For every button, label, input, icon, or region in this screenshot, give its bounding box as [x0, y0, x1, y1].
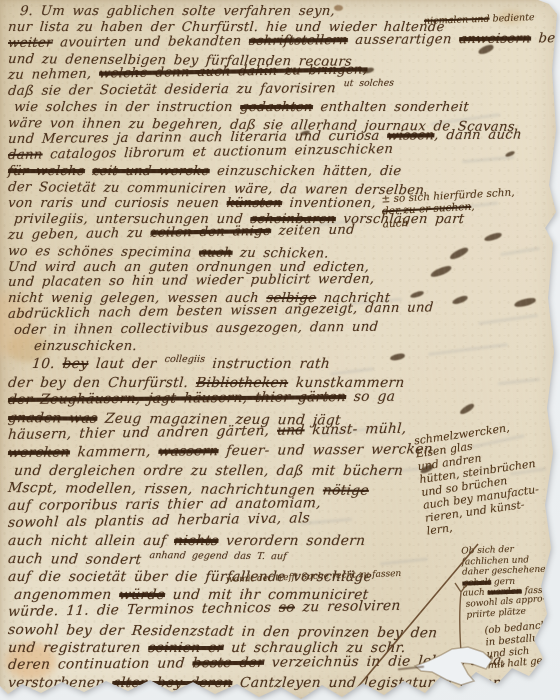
manuscript-line: würde. 11. die Terminos technicos so zu … — [7, 596, 531, 622]
text-segment: ausserartigen — [347, 32, 460, 48]
text-segment: beste der — [192, 655, 265, 672]
manuscript-line: angenommen würde und mit ihr communicire… — [7, 587, 531, 605]
text-segment: , dann auch — [434, 128, 523, 144]
text-segment: ut solches — [343, 77, 394, 88]
vertical-insertion-stroke — [455, 583, 467, 652]
bleed-through-stroke — [380, 557, 428, 565]
text-segment: lern, — [426, 521, 453, 537]
text-segment: der bey den Churfürstl. — [7, 375, 196, 391]
manuscript-line: dann catalogos librorum et auctionum ein… — [7, 139, 560, 164]
text-segment: deren continuation und — [7, 655, 193, 673]
text-segment: seinien er — [148, 640, 225, 656]
manuscript-line: der Zeughäusern, jagt häusern, thier gär… — [7, 388, 531, 410]
bleed-through-stroke — [500, 247, 540, 256]
stain — [498, 10, 524, 24]
text-segment: scheinbaren — [250, 212, 337, 227]
text-segment: würde. 11. die Terminos technicos — [7, 600, 279, 620]
manuscript-paper: 9. Um was gablichen solte verfahren seyn… — [0, 0, 560, 700]
margin-note-line: daher geschehene — [462, 565, 553, 579]
manuscript-line: abdrücklich nach dem besten wissen angez… — [7, 298, 560, 323]
text-segment: (ob bedanckt — [484, 620, 551, 637]
text-segment: zu geben, auch zu — [7, 225, 151, 242]
text-segment: fassen — [522, 586, 554, 597]
text-segment: zeilen den änige — [150, 224, 271, 241]
text-segment: zu schicken. — [232, 245, 330, 261]
text-segment: enthalten sonderheit — [312, 100, 469, 115]
margin-note-line: Eisen glas — [415, 432, 533, 461]
stain — [0, 292, 34, 356]
text-segment: wissen — [387, 129, 435, 144]
margin-note-line: der zu er suchen, — [382, 199, 516, 218]
manuscript-line: daß sie der Societät desideria zu favori… — [7, 78, 560, 100]
text-segment: der Zeughäusern, jagt häusern, thier gär… — [7, 389, 346, 408]
text-segment: zu resolviren — [294, 598, 401, 616]
scanned-manuscript-screenshot: 9. Um was gablichen solte verfahren seyn… — [0, 0, 560, 700]
manuscript-line: auf corporibus raris thier ad anatomiam, — [7, 493, 531, 515]
text-segment: , — [471, 201, 475, 213]
text-segment: auch — [382, 217, 408, 230]
text-segment: häusern, thier und andren gärten, — [7, 423, 277, 443]
text-segment: auch — [198, 245, 233, 260]
ink-smudge — [429, 264, 452, 278]
ink-smudge — [300, 130, 311, 136]
bleed-through-stroke — [330, 367, 374, 375]
text-segment: in bestallungen — [485, 630, 560, 648]
margin-note-line: und andren — [417, 445, 535, 474]
margin-note-line: lern, — [426, 509, 544, 538]
margin-note-line: fachlichen und — [461, 554, 552, 568]
manuscript-line: oder in ihnen collectivibus ausgezogen, … — [7, 318, 560, 339]
text-segment: Cantzleyen und legistaturen Cammern — [232, 675, 532, 691]
text-segment: womit der trefft Sache recht zu fassen — [226, 569, 402, 585]
text-segment: kunstkammern — [287, 375, 405, 391]
bleed-through-stroke — [428, 343, 508, 355]
text-segment: catalogos librorum et auctionum einzusch… — [42, 142, 394, 162]
diagonal-insertion-stroke — [352, 544, 478, 694]
text-segment: nachricht — [316, 291, 391, 306]
text-segment: anweisern — [459, 31, 532, 47]
text-segment: daher geschehene — [462, 565, 546, 578]
text-segment: und registraturen — [7, 640, 149, 656]
manuscript-line: Und wird auch an guten ordnungen und edi… — [7, 260, 560, 276]
margin-note: Ob sich derfachlichen unddaher geschehen… — [461, 543, 554, 599]
bleed-through-stroke — [320, 426, 380, 437]
ink-smudge — [484, 232, 503, 242]
text-segment: wie solches in der instruction — [13, 100, 240, 115]
stain — [334, 5, 343, 11]
manuscript-line: auf die societät über die fürfallende vo… — [7, 569, 531, 587]
ink-smudge — [448, 246, 469, 261]
text-segment: inventionen, — [281, 196, 376, 211]
manuscript-line: und dergleichen ordre zu stellen, daß mi… — [7, 463, 531, 481]
text-segment: und Mercures ja darinn auch literaria un… — [7, 129, 387, 147]
text-segment: wo es schönes specimina — [7, 244, 199, 261]
margin-note: (ob bedancktin bestallungenund sichmit h… — [484, 619, 560, 673]
text-segment: Ob sich der — [461, 545, 514, 557]
text-segment: bediente — [489, 12, 534, 25]
manuscript-line: der Societät zu communiciren wäre, da wa… — [7, 180, 560, 201]
manuscript-line: und placaten so hin und wieder publicirt… — [7, 270, 560, 291]
text-segment: auch bey manufactu- — [422, 483, 540, 512]
text-segment: anhand gegend das T. auf — [149, 550, 287, 562]
paper-shadow-wrap: 9. Um was gablichen solte verfahren seyn… — [0, 0, 560, 700]
text-segment: nicht wenig gelegen, wessen auch — [7, 291, 267, 306]
ink-smudge — [459, 402, 476, 415]
manuscript-line: sowohl als plantis ad herbaria viva, als — [7, 507, 531, 533]
text-segment: laut der — [88, 356, 165, 372]
text-segment: sowohl bey der Residenzstadt in den prov… — [7, 622, 438, 641]
margin-note-line: auch bey manufactu- — [422, 484, 540, 513]
text-segment: nichts — [173, 533, 219, 549]
text-segment: nur lista zu haben der Churfürstl. hie u… — [7, 20, 445, 35]
text-segment: einzuschicken. — [33, 339, 137, 354]
margin-note-line: Ob sich der — [461, 543, 552, 557]
margin-note-line: ± so sich hierfürde schn, — [381, 187, 515, 206]
manuscript-line: Mscpt, modellen, rissen, nachrichtungen … — [7, 480, 531, 502]
text-segment: selbige — [266, 291, 317, 306]
margin-note-line: gehalt gern — [462, 575, 553, 589]
manuscript-line: für welche zeit und wercke einzuschicken… — [7, 164, 560, 180]
manuscript-line: sowohl bey der Residenzstadt in den prov… — [7, 622, 531, 644]
margin-note-line: (ob bedanckt — [484, 619, 560, 638]
text-segment: auch — [463, 588, 488, 599]
manuscript-line: privilegiis, untersuchungen und scheinba… — [7, 212, 560, 228]
text-segment: collegiis — [164, 354, 205, 365]
ink-stroke-overlay — [0, 0, 560, 700]
text-segment: von raris und curiosis neuen — [7, 196, 227, 211]
manuscript-line: einzuschicken. — [7, 339, 560, 355]
margin-note-line: und so brüchen — [421, 471, 539, 500]
ink-smudge — [514, 297, 537, 308]
text-segment: dann — [7, 148, 43, 164]
text-segment: avouirten und bekandten — [52, 34, 250, 51]
manuscript-line: 10. bey laut der collegiis instruction r… — [7, 356, 531, 375]
manuscript-line: wie solches in der instruction gedachten… — [7, 100, 560, 116]
margin-note: schmelzwercken,Eisen glasund andrenhütte… — [413, 419, 543, 538]
text-segment: zeiten und — [271, 222, 356, 238]
text-segment: instruction rath — [204, 356, 331, 372]
text-segment: für welche — [7, 164, 85, 179]
manuscript-line: und Mercures ja darinn auch literaria un… — [7, 127, 560, 148]
manuscript-line: weiter avouirten und bekandten schriftst… — [7, 31, 560, 52]
text-segment: würde — [119, 587, 166, 603]
text-segment: und — [276, 423, 305, 439]
text-segment: auch und sondert — [7, 551, 149, 568]
text-segment: der zu er suchen — [382, 201, 472, 218]
text-segment: wercken — [7, 444, 70, 461]
ink-smudge — [451, 295, 468, 306]
text-segment: sowohl als plantis ad herbaria viva, als — [7, 511, 310, 532]
text-segment: auch nicht allein auf — [7, 533, 174, 549]
text-segment: vorschlägen part — [335, 212, 465, 227]
bleed-through-stroke — [430, 113, 500, 125]
text-segment: bey — [62, 356, 89, 372]
bleed-through-stroke — [358, 466, 430, 476]
text-segment: verordern sondern — [218, 533, 366, 549]
text-segment: zu nehmen, — [7, 66, 99, 82]
bleed-through-stroke — [300, 219, 362, 228]
manuscript-line: verstorbenen alten bey deren Cantzleyen … — [7, 675, 531, 693]
text-segment — [84, 164, 93, 179]
text-segment: weiter — [7, 35, 53, 50]
text-segment: und placaten so hin und wieder publicirt… — [7, 272, 375, 290]
text-segment: auf die societät über die fürfallende vo… — [7, 569, 372, 585]
manuscript-line: von raris und curiosis neuen künsten inv… — [7, 196, 560, 212]
text-segment: bediente, — [530, 31, 560, 47]
text-segment: gnaden was — [7, 410, 98, 427]
margin-note-line: hütten, steinbrüchen — [419, 458, 537, 487]
margin-note-line: womit der trefft Sache recht zu fassen — [226, 569, 402, 586]
manuscript-line: auch und sondert anhand gegend das T. au… — [7, 551, 531, 574]
text-segment: künsten — [226, 196, 283, 211]
text-segment: alten bey deren — [112, 675, 233, 691]
text-segment: kammern, — [69, 444, 159, 461]
text-segment: 10. — [31, 356, 63, 372]
text-segment: Zeug magazinen zeug und jägt — [97, 410, 342, 428]
bleed-through-stroke — [478, 314, 538, 325]
bleed-through-stroke — [440, 201, 498, 211]
text-segment: werden — [487, 587, 522, 598]
text-segment: gehalt — [462, 577, 491, 588]
text-segment: mit halt gegen — [487, 654, 560, 671]
text-segment: verzeichnüs in die lebens-acta, — [263, 653, 506, 671]
margin-note: ± so sich hierfürde schn,der zu er suche… — [381, 187, 516, 231]
text-segment: zeit und wercke — [92, 164, 210, 179]
manuscript-line: auch nicht allein auf nichts verordern s… — [7, 533, 531, 551]
text-segment: der Societät zu communiciren wäre, da wa… — [7, 180, 425, 198]
text-segment: fachlichen und — [461, 555, 529, 567]
margin-note-line: priirte plätze — [466, 605, 547, 621]
ink-smudge — [505, 150, 516, 157]
text-segment: und andren — [417, 451, 482, 473]
bleed-through-stroke — [462, 156, 514, 163]
text-segment: ± so sich hierfürde schn, — [381, 187, 515, 206]
margin-note-line: rieren, und künst- — [424, 496, 542, 525]
text-segment: angenommen — [13, 587, 120, 603]
text-segment: auf corporibus raris thier ad anatomiam, — [7, 495, 321, 514]
text-segment: schmelzwercken, — [413, 421, 510, 447]
text-segment: wassern — [158, 443, 219, 460]
bleed-through-stroke — [470, 434, 524, 448]
text-segment: nötige — [322, 483, 369, 499]
stain — [6, 642, 56, 680]
manuscript-line: zu geben, auch zu zeilen den änige zeite… — [7, 218, 560, 243]
manuscript-line: und zu denenselbigen bey fürfallenden re… — [7, 52, 560, 73]
ink-smudge — [390, 353, 406, 362]
text-segment: so — [278, 600, 295, 616]
margin-note-line: mit halt gegen — [487, 654, 560, 673]
bleed-through-stroke — [350, 298, 402, 305]
stain — [8, 334, 48, 362]
text-segment: und mit ihr communiciret — [164, 587, 369, 603]
bleed-through-stroke — [510, 468, 546, 475]
manuscript-line: der bey den Churfürstl. Bibliotheken kun… — [7, 375, 531, 393]
manuscript-line: und registraturen seinien er ut schraugl… — [7, 640, 531, 658]
text-segment: sowohl als appro- — [465, 594, 546, 610]
text-segment: und dergleichen ordre zu stellen, daß mi… — [13, 463, 403, 479]
manuscript-line: 9. Um was gablichen solte verfahren seyn… — [7, 4, 560, 20]
text-segment: und so brüchen — [420, 474, 508, 499]
manuscript-line: gnaden was Zeug magazinen zeug und jägt — [7, 410, 531, 432]
text-segment: hütten, steinbrüchen — [419, 457, 537, 486]
text-segment: rieren, und künst- — [424, 498, 525, 525]
text-segment: daß sie der Societät desideria zu favori… — [7, 81, 343, 99]
margin-note-line: und sich — [486, 642, 560, 661]
margin-note: sowohl als appro-priirte plätze — [465, 594, 546, 621]
manuscript-line: wercken kammern, wassern feuer- und wass… — [7, 440, 531, 462]
text-segment: privilegiis, untersuchungen und — [13, 212, 251, 227]
text-segment: abdrücklich nach dem besten wissen angez… — [7, 301, 434, 323]
ink-smudge — [477, 43, 494, 55]
margin-note: niemalen und bediente — [424, 12, 535, 27]
bleed-through-stroke — [498, 378, 540, 385]
text-segment: so ga — [346, 389, 396, 405]
manuscript-line: nicht wenig gelegen, wessen auch selbige… — [7, 291, 560, 307]
manuscript-line: zu nehmen, welche denn auch dahin zu bri… — [7, 58, 560, 83]
text-segment: gern — [491, 577, 515, 588]
ink-smudge — [410, 290, 425, 298]
text-segment: niemalen und — [424, 14, 490, 27]
text-segment: Bibliotheken — [195, 375, 289, 391]
margin-note-line: sowohl als appro- — [465, 594, 546, 610]
text-segment: schriftstellern — [248, 33, 348, 49]
manuscript-line: wäre von ihnen zu begehren, daß sie alle… — [7, 116, 560, 137]
text-segment: feuer- und wasser wercken — [218, 441, 434, 459]
margin-note-line: in bestallungen — [485, 630, 560, 649]
margin-note-line: niemalen und bediente — [424, 12, 535, 27]
text-segment: und zu denenselbigen bey fürfallenden re… — [7, 52, 352, 70]
margin-note-line: schmelzwercken, — [413, 419, 531, 448]
text-segment: oder in ihnen collectivibus ausgezogen, … — [13, 320, 378, 338]
text-segment: Mscpt, modellen, rissen, nachrichtungen — [7, 480, 323, 498]
text-segment: priirte plätze — [466, 606, 526, 620]
margin-note: womit der trefft Sache recht zu fassen — [226, 569, 402, 586]
ink-smudge — [419, 463, 434, 474]
bleed-through-stroke — [300, 518, 352, 525]
manuscript-line: deren continuation und beste der verzeic… — [7, 653, 531, 675]
text-segment: gedachten — [240, 100, 314, 115]
text-segment: ut schrauglich zu schr. — [223, 640, 407, 656]
text-segment: 9. Um was gablichen solte verfahren seyn… — [19, 4, 335, 19]
manuscript-line: häusern, thier und andren gärten, und ku… — [7, 419, 531, 445]
text-segment: verstorbenen — [7, 675, 113, 691]
manuscript-text-section-9: 9. Um was gablichen solte verfahren seyn… — [8, 4, 560, 355]
text-segment: und sich — [486, 645, 530, 660]
text-segment: einzuschicken hätten, die — [209, 164, 402, 179]
text-segment: Und wird auch an guten ordnungen und edi… — [7, 260, 370, 275]
text-segment: Eisen glas — [415, 440, 473, 461]
ink-smudge — [362, 67, 375, 74]
margin-note-line: auch werden fassen — [463, 586, 554, 600]
text-segment: wäre von ihnen zu begehren, daß sie alle… — [7, 116, 515, 135]
manuscript-text-section-10-11: 10. bey laut der collegiis instruction r… — [8, 356, 530, 692]
manuscript-line: nur lista zu haben der Churfürstl. hie u… — [7, 20, 560, 36]
text-segment: welche denn auch dahin zu bringen, — [99, 62, 368, 81]
manuscript-line: wo es schönes specimina auch zu schicken… — [7, 244, 560, 265]
text-segment: kunst- mühl, — [304, 421, 407, 439]
margin-note-line: auch — [382, 211, 516, 230]
